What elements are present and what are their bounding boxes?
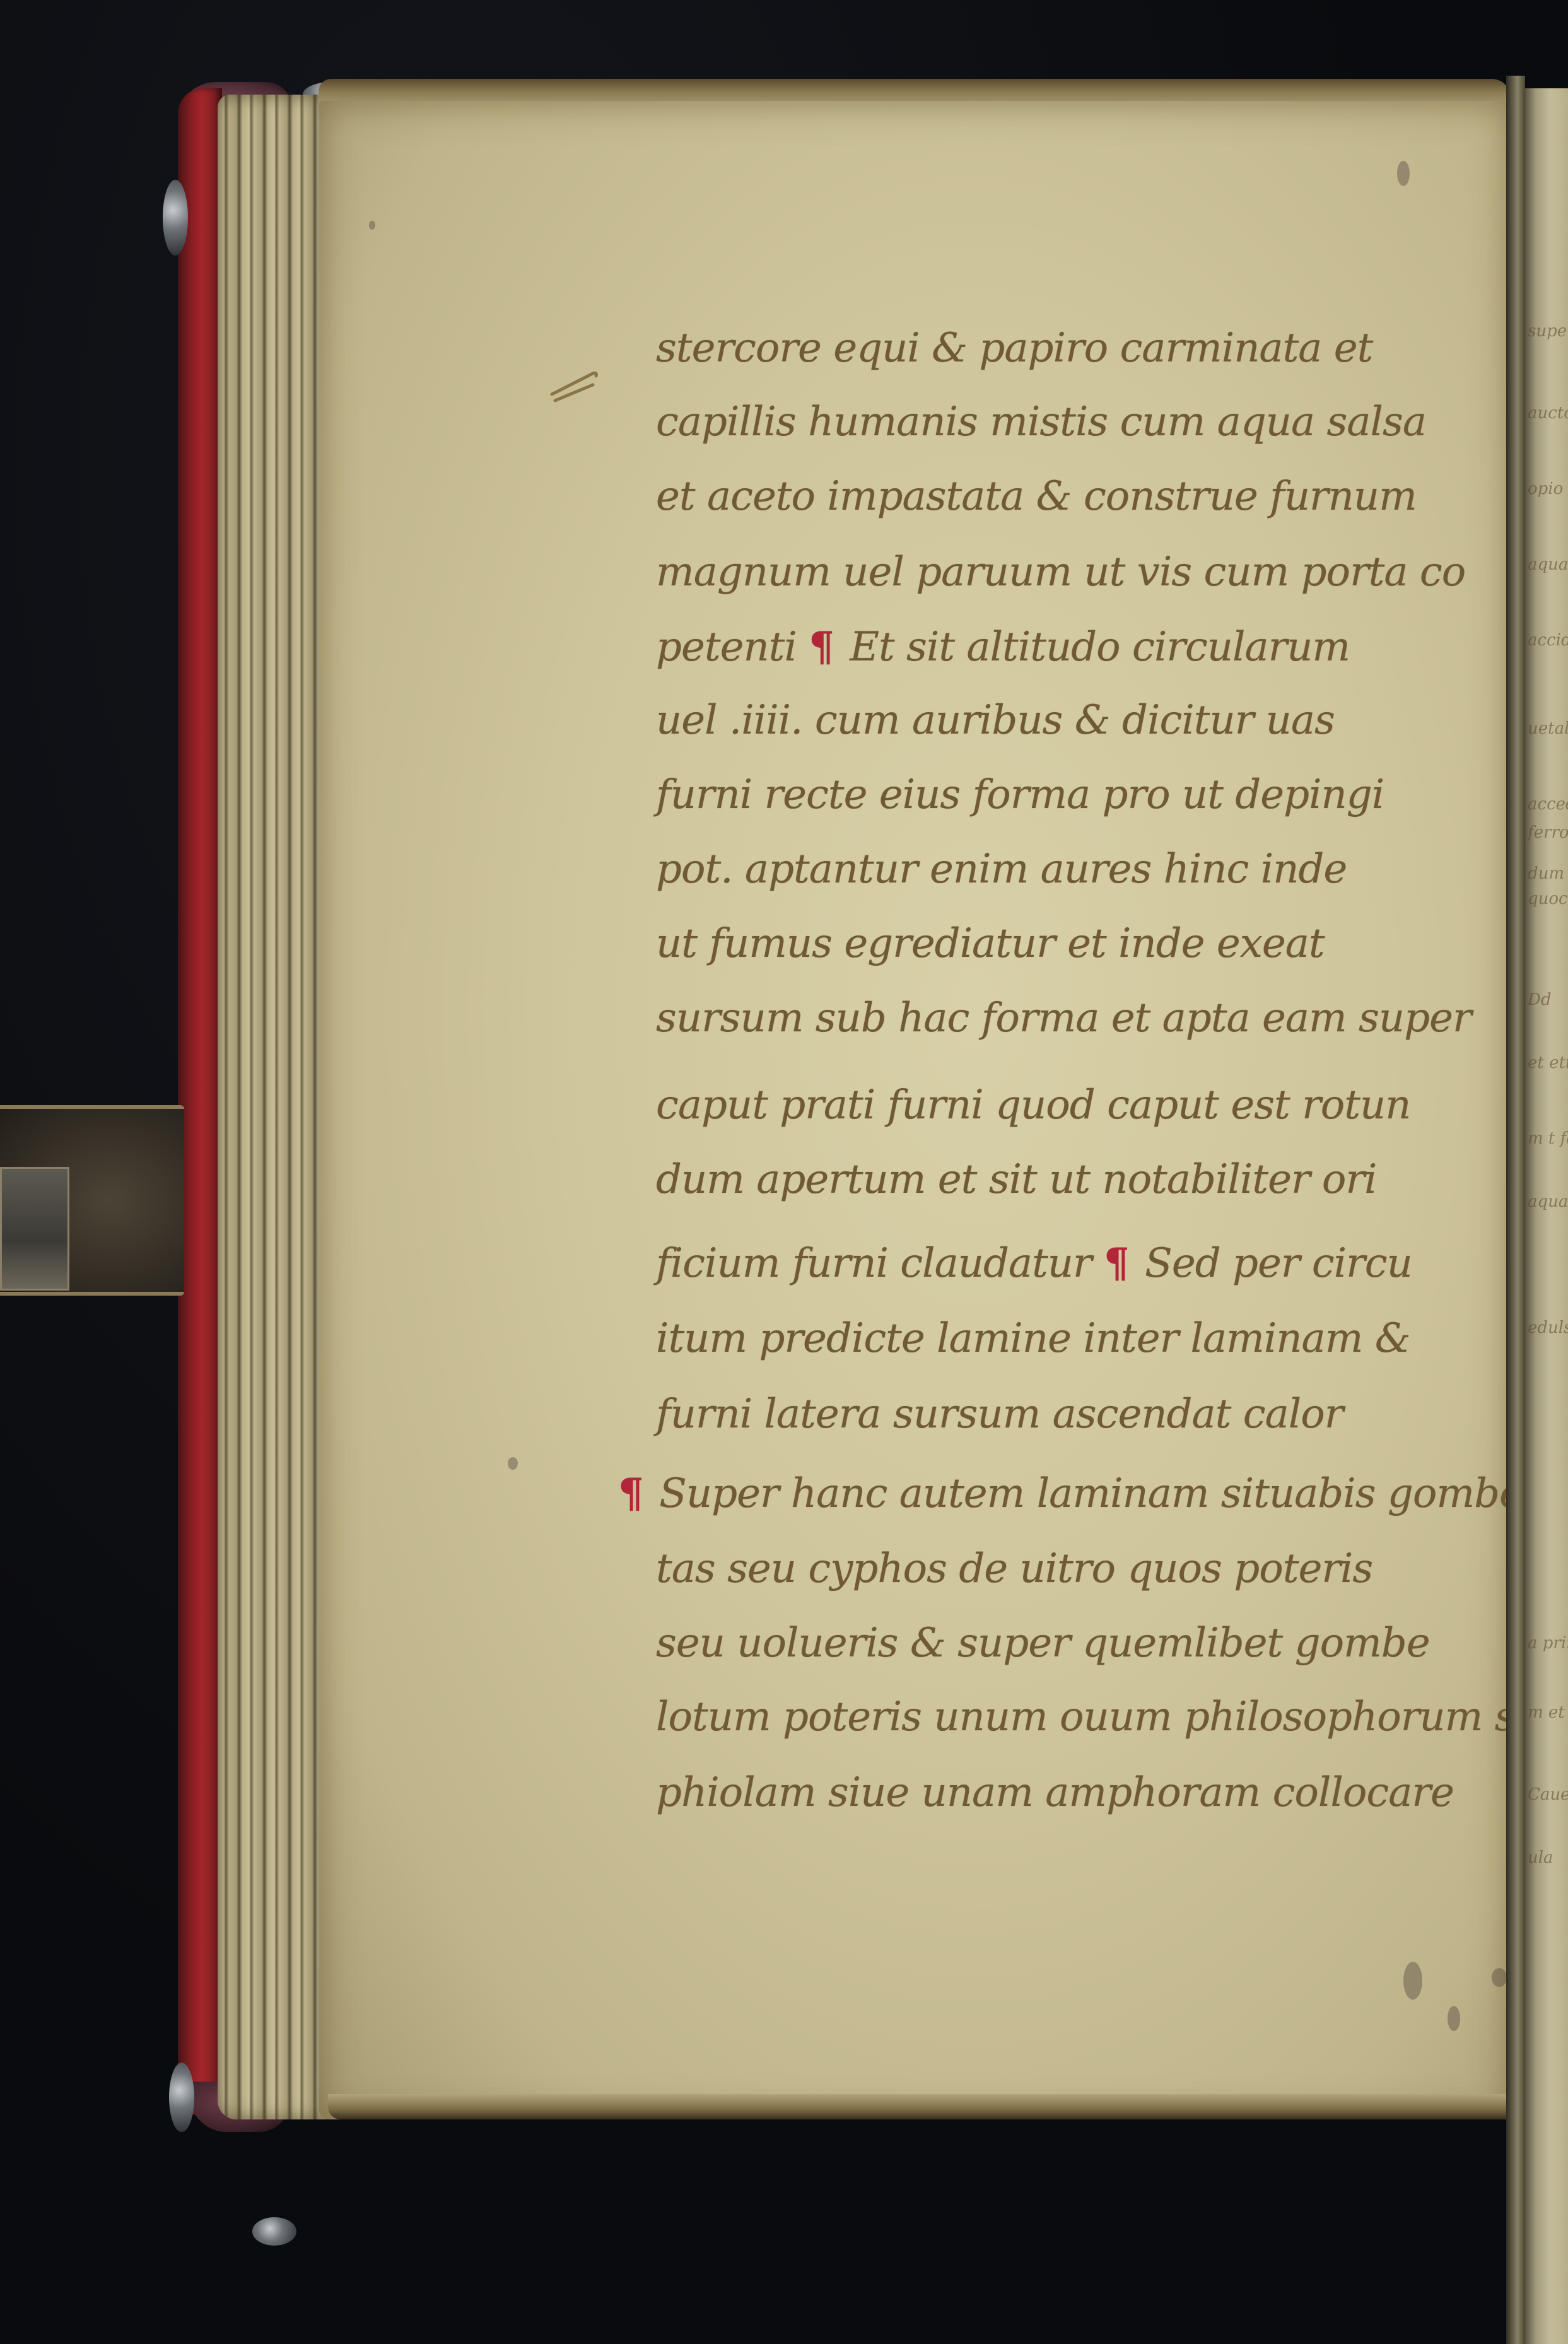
text-line-18: seu uolueris & super quemlibet gombe	[656, 1620, 1430, 1667]
line-text: dum apertum et sit ut notabiliter ori	[656, 1156, 1377, 1203]
line-text: Sed per circu	[1145, 1240, 1412, 1287]
line-text: sursum sub hac forma et apta eam super	[656, 995, 1471, 1041]
text-line-11: caput prati furni quod caput est rotun	[656, 1082, 1410, 1128]
metal-boss-icon	[169, 2063, 194, 2132]
line-text: capillis humanis mistis cum aqua salsa	[656, 399, 1426, 445]
line-text: Super hanc autem laminam situabis gombe …	[659, 1470, 1568, 1517]
line-text: lotum poteris unum ouum philosophorum se…	[656, 1694, 1564, 1740]
text-line-15: furni latera sursum ascendat calor	[656, 1391, 1343, 1438]
line-text: ut fumus egrediatur et inde exeat	[656, 920, 1325, 967]
line-text: caput prati furni quod caput est rotun	[656, 1082, 1410, 1128]
line-text: ficium furni claudatur	[656, 1240, 1092, 1287]
paragraph-mark-icon: ¶	[1104, 1239, 1129, 1287]
gutter-fold	[1506, 76, 1525, 2344]
line-text: furni latera sursum ascendat calor	[656, 1391, 1343, 1438]
text-line-20: phiolam siue unam amphoram collocare	[656, 1769, 1454, 1816]
line-text: pot. aptantur enim aures hinc inde	[656, 846, 1347, 893]
facing-text-fragment: ferro c	[1528, 823, 1568, 841]
text-line-1: stercore equi & papiro carminata et	[656, 325, 1372, 372]
line-text: Et sit altitudo circularum	[850, 624, 1350, 671]
text-line-7: furni recte eius forma pro ut depingi	[656, 771, 1384, 818]
facing-text-fragment: aucto	[1528, 404, 1568, 421]
facing-text-fragment: quocie	[1528, 889, 1568, 907]
line-text: furni recte eius forma pro ut depingi	[656, 771, 1384, 818]
ink-spot	[1448, 2006, 1460, 2031]
facing-text-fragment: edulsi	[1528, 1318, 1568, 1336]
facing-text-fragment: Caue e	[1528, 1785, 1568, 1803]
facing-text-fragment: dum px	[1528, 864, 1568, 882]
facing-text-fragment: aqua f	[1528, 555, 1568, 573]
ink-spot	[369, 221, 375, 230]
line-text: seu uolueris & super quemlibet gombe	[656, 1620, 1430, 1667]
red-binding-edge	[178, 88, 222, 2116]
facing-text-fragment: superius	[1528, 322, 1568, 339]
line-text: petenti	[656, 624, 797, 671]
text-line-14: itum predicte lamine inter laminam &	[656, 1315, 1410, 1362]
facing-text-fragment: ula	[1528, 1848, 1568, 1866]
line-text: tas seu cyphos de uitro quos poteris	[656, 1545, 1372, 1592]
facing-text-fragment: a primo	[1528, 1634, 1568, 1651]
facing-text-fragment: m t fa	[1528, 1129, 1568, 1147]
metal-boss-icon	[163, 180, 188, 255]
manuscript-photograph: stercore equi & papiro carminata et capi…	[0, 0, 1568, 2344]
metal-boss-icon	[252, 2217, 296, 2246]
text-line-10: sursum sub hac forma et apta eam super	[656, 995, 1471, 1041]
paragraph-mark-icon: ¶	[809, 623, 834, 671]
facing-text-fragment: Dd	[1528, 990, 1568, 1008]
text-line-5: petenti ¶ Et sit altitudo circularum	[656, 623, 1350, 671]
text-line-17: tas seu cyphos de uitro quos poteris	[656, 1545, 1372, 1592]
ink-spot	[1403, 1962, 1422, 2000]
paragraph-mark-icon: ¶	[618, 1470, 643, 1517]
text-line-19: lotum poteris unum ouum philosophorum se…	[656, 1694, 1564, 1740]
ink-spot	[1397, 161, 1410, 186]
facing-text-fragment: m et ua	[1528, 1703, 1568, 1721]
text-line-8: pot. aptantur enim aures hinc inde	[656, 846, 1347, 893]
text-line-3: et aceto impastata & construe furnum	[656, 473, 1417, 520]
line-text: itum predicte lamine inter laminam &	[656, 1315, 1410, 1362]
text-line-6: uel .iiii. cum auribus & dicitur uas	[656, 697, 1335, 744]
text-line-12: dum apertum et sit ut notabiliter ori	[656, 1156, 1377, 1203]
ink-spot	[1492, 1968, 1507, 1987]
page-block-edges	[218, 95, 328, 2119]
facing-text-fragment: aqua	[1528, 1192, 1568, 1210]
facing-recto-page-edge: superius aucto opio aqua f accidit uetal…	[1525, 88, 1568, 2344]
ink-spot	[508, 1457, 518, 1470]
text-line-4: magnum uel paruum ut vis cum porta co	[656, 549, 1465, 595]
text-line-2: capillis humanis mistis cum aqua salsa	[656, 399, 1426, 445]
facing-text-fragment: accidit	[1528, 631, 1568, 648]
line-text: phiolam siue unam amphoram collocare	[656, 1769, 1454, 1816]
line-text: magnum uel paruum ut vis cum porta co	[656, 549, 1465, 595]
line-text: stercore equi & papiro carminata et	[656, 325, 1372, 372]
facing-text-fragment: opio	[1528, 479, 1568, 497]
text-line-16: ¶ Super hanc autem laminam situabis gomb…	[618, 1470, 1568, 1517]
line-text: uel .iiii. cum auribus & dicitur uas	[656, 697, 1335, 744]
text-line-9: ut fumus egrediatur et inde exeat	[656, 920, 1325, 967]
facing-text-fragment: uetala	[1528, 719, 1568, 737]
text-line-13: ficium furni claudatur ¶ Sed per circu	[656, 1239, 1412, 1287]
marginal-mark-icon	[546, 366, 621, 404]
clasp-metal-plate	[0, 1167, 69, 1291]
page-bottom-edge	[328, 2094, 1514, 2119]
facing-text-fragment: accedit	[1528, 795, 1568, 812]
line-text: et aceto impastata & construe furnum	[656, 473, 1417, 520]
facing-text-fragment: et ett	[1528, 1053, 1568, 1071]
